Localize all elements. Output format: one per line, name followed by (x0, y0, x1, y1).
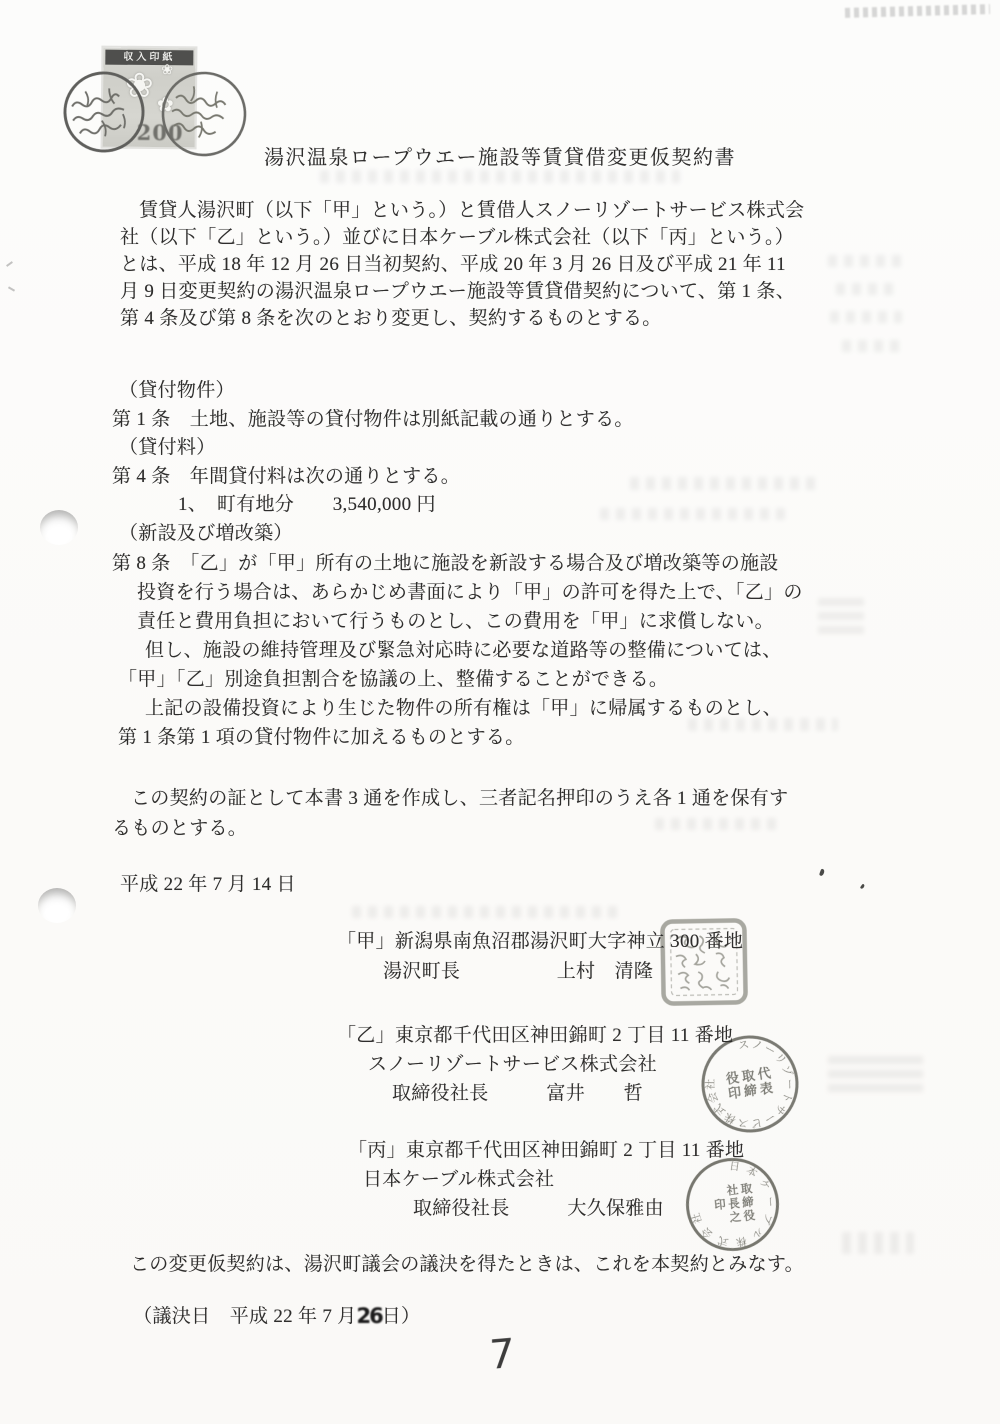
scanned-contract-page: 収入印紙 ❀ ✿ ❀ 200 湯沢温泉ロープウエー施設等賃貸借変更仮契約書 賃貸… (0, 0, 1000, 1424)
article-8: 第 8 条 「乙」が「甲」所有の土地に施設を新設する場合及び増改築等の施設 投資… (112, 549, 922, 752)
signatory-hei-company: 日本ケーブル株式会社 (363, 1164, 554, 1191)
text-line: とは、平成 18 年 12 月 26 日当初契約、平成 20 年 3 月 26 … (120, 251, 920, 278)
handwritten-page-number: 7 (489, 1331, 515, 1379)
signatory-otsu-company: スノーリゾートサービス株式会社 (368, 1049, 657, 1076)
bleedthrough-ghost (842, 1232, 914, 1254)
text-line: 社（以下「乙」という。）並びに日本ケーブル株式会社（以下「丙」という。） (120, 224, 920, 251)
bleedthrough-ghost (828, 1056, 923, 1096)
text-line: 「甲」「乙」別途負担割合を協議の上、整備することができる。 (112, 665, 922, 694)
signatory-hei-name: 取締役社長 大久保雅由 (413, 1193, 664, 1220)
text-line: 上記の設備投資により生じた物件の所有権は「甲」に帰属するものとし、 (112, 694, 922, 723)
text-line: 責任と費用負担において行うものとし、この費用を「甲」に求償しない。 (112, 607, 922, 636)
text-line: るものとする。 (112, 814, 912, 844)
text-line: 第 4 条及び第 8 条を次のとおり変更し、契約するものとする。 (120, 305, 920, 332)
signatory-kou-address: 「甲」新潟県南魚沼郡湯沢町大字神立 300 番地 (337, 926, 743, 953)
clause-heading: （貸付物件） (112, 377, 912, 406)
text-line: 第 1 条第 1 項の貸付物件に加えるものとする。 (112, 723, 922, 752)
margin-mark (6, 261, 13, 267)
clause-heading: （新設及び増改築） (112, 520, 912, 549)
bleedthrough-ghost (352, 906, 622, 918)
intro-paragraph: 賃貸人湯沢町（以下「甲」という。）と賃借人スノーリゾートサービス株式会 社（以下… (120, 197, 920, 332)
hei-round-seal-icon: 日本ケーブル株式会社 (679, 1151, 786, 1258)
text-line: この契約の証として本書 3 通を作成し、三者記名押印のうえ各 1 通を保有す (112, 784, 912, 814)
bleedthrough-ghost (842, 340, 900, 352)
signatory-hei-address: 「丙」東京都千代田区神田錦町 2 丁目 11 番地 (348, 1135, 744, 1162)
resolution-suffix: 日） (382, 1306, 421, 1327)
articles-section: （貸付物件） 第 1 条 土地、施設等の貸付物件は別紙記載の通りとする。 （貸付… (112, 377, 912, 549)
resolution-day-stamped: 26 (357, 1304, 382, 1328)
ink-speck (860, 884, 865, 890)
article-4: 第 4 条 年間貸付料は次の通りとする。 (112, 463, 912, 492)
resolution-prefix: （議決日 平成 22 年 7 月 (133, 1306, 356, 1327)
bleedthrough-ghost (320, 170, 680, 183)
contract-date: 平成 22 年 7 月 14 日 (120, 869, 296, 896)
pencil-scribble (845, 4, 990, 18)
punch-hole-bottom (38, 888, 76, 923)
ink-speck (819, 869, 825, 877)
svg-text:日本ケーブル株式会社: 日本ケーブル株式会社 (683, 1156, 781, 1254)
signatory-kou-name: 湯沢町長 上村 清隆 (383, 956, 653, 983)
signatory-otsu-name: 取締役社長 富井 哲 (392, 1078, 643, 1105)
text-line: 賃貸人湯沢町（以下「甲」という。）と賃借人スノーリゾートサービス株式会 (120, 197, 920, 224)
closing-paragraph: この契約の証として本書 3 通を作成し、三者記名押印のうえ各 1 通を保有す る… (112, 784, 912, 844)
punch-hole-top (40, 510, 78, 545)
text-line: 投資を行う場合は、あらかじめ書面により「甲」の許可を得た上で、「乙」の (112, 578, 922, 607)
article-4-item: 1、 町有地分 3,540,000 円 (112, 491, 912, 520)
signatory-otsu-address: 「乙」東京都千代田区神田錦町 2 丁目 11 番地 (337, 1020, 733, 1047)
revenue-stamp-header: 収入印紙 (105, 50, 193, 66)
document-title: 湯沢温泉ロープウエー施設等賃貸借変更仮契約書 (0, 141, 1000, 170)
hei-seal-ring-text: 日本ケーブル株式会社 (683, 1156, 781, 1254)
text-line: 第 8 条 「乙」が「甲」所有の土地に施設を新設する場合及び増改築等の施設 (112, 549, 922, 578)
resolution-date-line: （議決日 平成 22 年 7 月26日） (113, 1279, 420, 1350)
margin-mark (8, 286, 15, 291)
clause-heading: （貸付料） (112, 434, 912, 463)
text-line: 月 9 日変更契約の湯沢温泉ロープウエー施設等賃貸借契約について、第 1 条、 (120, 278, 920, 305)
article-1: 第 1 条 土地、施設等の貸付物件は別紙記載の通りとする。 (112, 406, 912, 435)
text-line: 但し、施設の維持管理及び緊急対応時に必要な道路等の整備については、 (112, 636, 922, 665)
